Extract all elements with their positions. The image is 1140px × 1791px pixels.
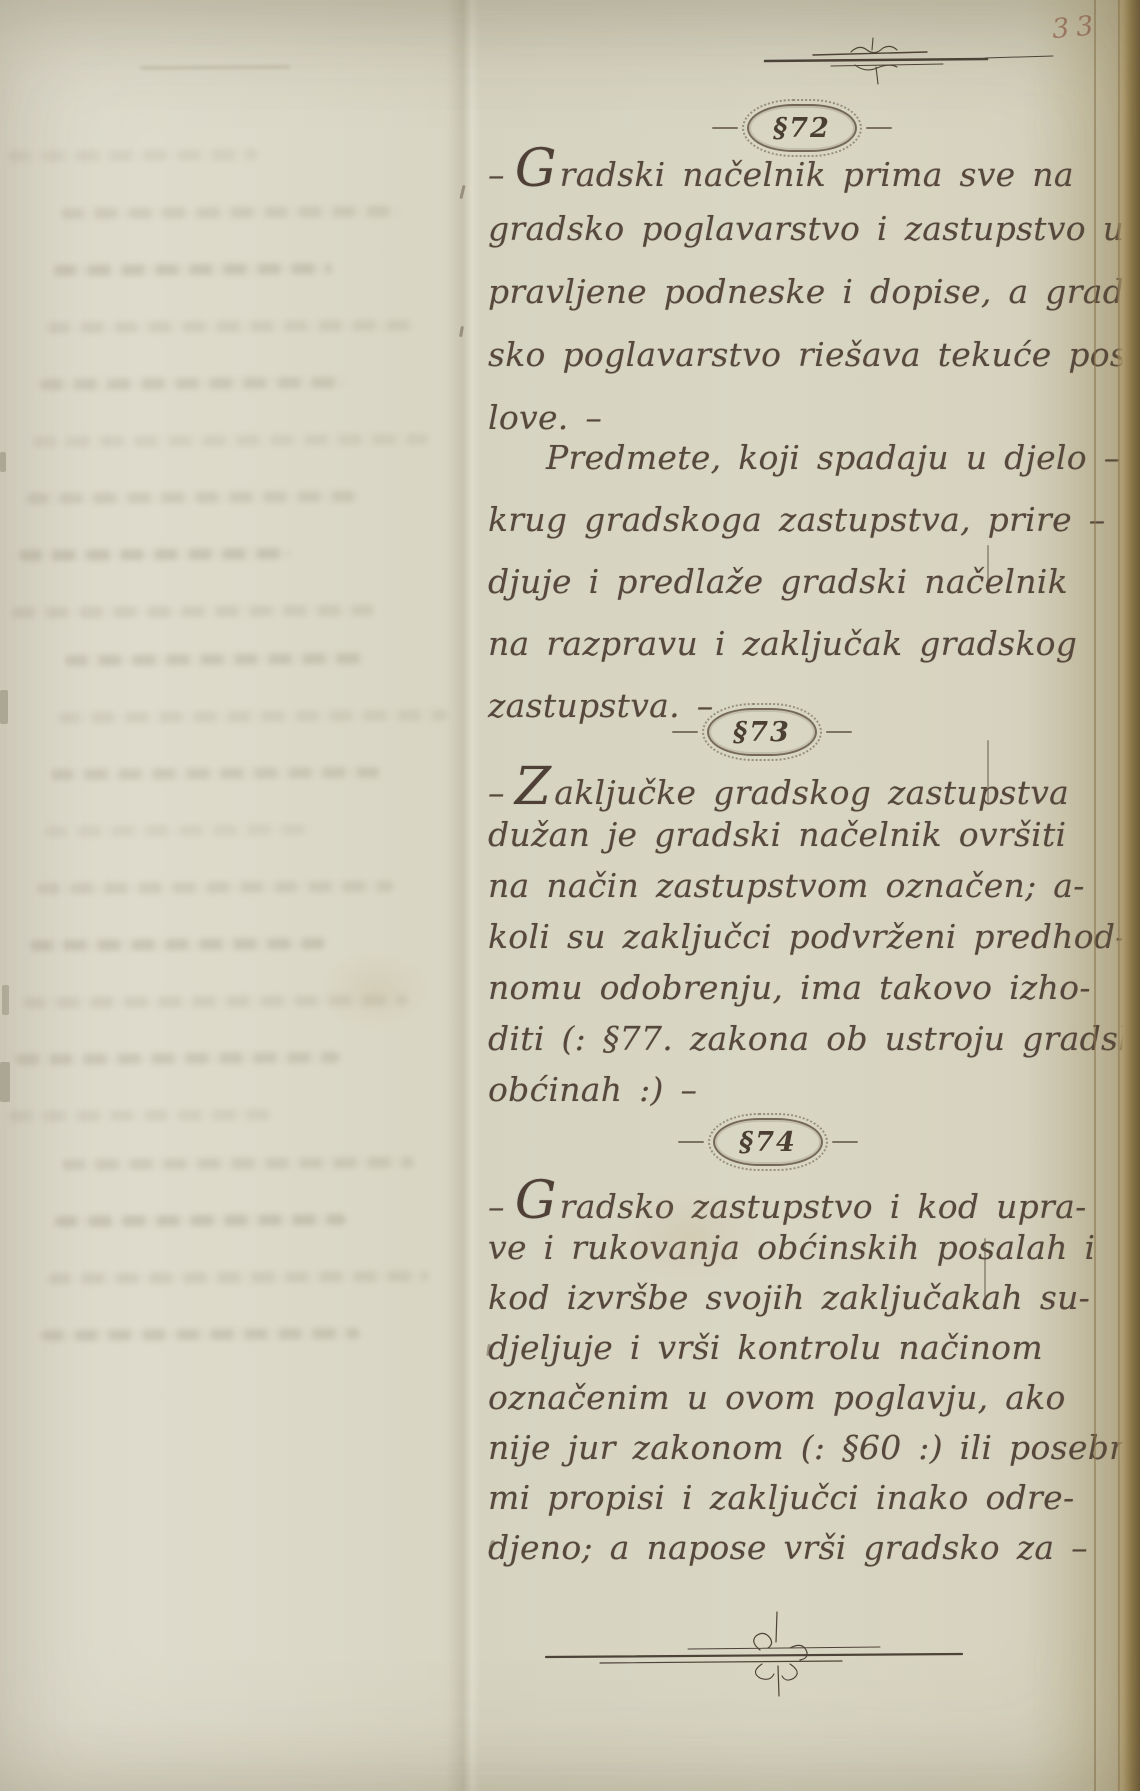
edge-mark — [0, 1062, 10, 1102]
manuscript-line: djeno; a napose vrši gradsko za – — [488, 1528, 1140, 1578]
heading-dash — [826, 731, 852, 733]
scanned-document-page: 33 §72 –Gradski načelnik prima sve nagra… — [0, 0, 1140, 1791]
manuscript-line: koli su zaključci podvrženi predhod- — [488, 917, 1140, 968]
bleed-through-line — [9, 1109, 272, 1122]
top-flourish-ornament — [755, 34, 1055, 86]
heading-dash — [832, 1141, 858, 1143]
bleed-through-line — [19, 548, 292, 561]
manuscript-line: ve i rukovanja obćinskih posalah i — [488, 1228, 1140, 1278]
bleed-through-line — [40, 377, 346, 390]
edge-mark — [0, 690, 8, 724]
manuscript-line: krug gradskoga zastupstva, prire – — [488, 500, 1121, 562]
bleed-through-line — [33, 434, 428, 448]
manuscript-line: djuje i predlaže gradski načelnik — [488, 562, 1121, 624]
ornamental-oval: §74 — [713, 1118, 823, 1166]
bleed-through-line — [16, 1052, 340, 1065]
bleed-through-line — [62, 1157, 414, 1170]
bleed-through-line — [12, 605, 374, 619]
manuscript-line: mi propisi i zaključci inako odre- — [488, 1478, 1140, 1528]
section-heading-74: §74 — [678, 1118, 858, 1166]
section-number: §74 — [739, 1127, 797, 1158]
manuscript-line: Predmete, koji spadaju u djelo – — [488, 438, 1121, 500]
bleed-through-line — [51, 767, 380, 780]
paper-stain — [620, 1190, 760, 1280]
margin-crease — [987, 740, 989, 802]
manuscript-line: na način zastupstvom označen; a- — [488, 866, 1140, 917]
manuscript-line: nije jur zakonom (: §60 :) ili posebni- — [488, 1428, 1140, 1478]
ornamental-oval: §72 — [747, 104, 857, 152]
margin-crease — [984, 1238, 986, 1298]
manuscript-line: djeljuje i vrši kontrolu načinom — [488, 1328, 1140, 1378]
section-number: §73 — [733, 717, 791, 748]
heading-dash — [712, 127, 738, 129]
manuscript-line: –Gradsko zastupstvo i kod upra- — [488, 1178, 1140, 1228]
bleed-through-line — [37, 881, 394, 894]
section-number: §72 — [773, 113, 831, 144]
paragraph-72-2: Predmete, koji spadaju u djelo –krug gra… — [488, 438, 1121, 748]
edge-mark — [2, 985, 9, 1015]
bleed-through-line — [48, 1271, 428, 1285]
bleed-through-line — [58, 710, 448, 724]
page-edge-binding — [1116, 0, 1140, 1791]
manuscript-line: nomu odobrenju, ima takovo izho- — [488, 968, 1140, 1019]
bleed-through-line — [26, 491, 360, 504]
bleed-through-line — [65, 653, 366, 666]
manuscript-line: obćinah :) – — [488, 1070, 1140, 1121]
heading-dash — [678, 1141, 704, 1143]
page-gutter-shadow — [446, 0, 480, 1791]
paragraph-lead-dash: – — [488, 155, 505, 194]
manuscript-line: kod izvršbe svojih zaključakah su- — [488, 1278, 1140, 1328]
facing-page — [0, 0, 455, 1791]
manuscript-line: sko poglavarstvo riešava tekuće pos- — [488, 335, 1139, 398]
bleed-through-line — [55, 1214, 346, 1227]
manuscript-line: gradsko poglavarstvo i zastupstvo u — [488, 209, 1139, 272]
paragraph-lead-dash: – — [488, 1187, 505, 1226]
bleed-through-line — [47, 320, 414, 334]
manuscript-line: pravljene podneske i dopise, a grad- — [488, 272, 1139, 335]
paper-stain — [320, 950, 430, 1030]
manuscript-line: označenim u ovom poglavju, ako — [488, 1378, 1140, 1428]
edge-mark — [0, 452, 6, 472]
bleed-through-line — [41, 1328, 360, 1341]
bleed-through-line — [30, 938, 326, 951]
section-heading-73: §73 — [672, 708, 852, 756]
margin-crease — [987, 545, 989, 593]
ornate-initial: G — [515, 139, 557, 199]
bleed-through-line — [61, 206, 400, 219]
manuscript-line: –Gradski načelnik prima sve na — [488, 146, 1139, 209]
paragraph-lead-dash: – — [488, 773, 505, 812]
section-heading-72: §72 — [712, 104, 892, 152]
manuscript-line: –Zaključke gradskog zastupstva — [488, 764, 1140, 815]
bleed-through-line — [8, 149, 258, 162]
manuscript-line-text: aključke gradskog zastupstva — [554, 773, 1069, 812]
heading-dash — [866, 127, 892, 129]
paragraph-73-1: –Zaključke gradskog zastupstvadužan je g… — [488, 764, 1140, 1121]
ornate-initial: Z — [515, 757, 551, 817]
ornate-initial: G — [515, 1171, 557, 1231]
manuscript-line-text: radski načelnik prima sve na — [560, 155, 1074, 194]
heading-dash — [672, 731, 698, 733]
manuscript-line: diti (: §77. zakona ob ustroju gradskih — [488, 1019, 1140, 1070]
bottom-flourish-ornament — [538, 1608, 978, 1700]
page-edge-line — [1094, 0, 1096, 1791]
paragraph-74-1: –Gradsko zastupstvo i kod upra-ve i ruko… — [488, 1178, 1140, 1578]
bleed-through-line — [54, 263, 332, 276]
paragraph-72-1: –Gradski načelnik prima sve nagradsko po… — [488, 146, 1139, 461]
manuscript-line: dužan je gradski načelnik ovršiti — [488, 815, 1140, 866]
ornamental-oval: §73 — [707, 708, 817, 756]
bleed-through-mark — [140, 65, 290, 69]
bleed-through-line — [44, 824, 312, 837]
manuscript-line: na razpravu i zaključak gradskog — [488, 624, 1121, 686]
